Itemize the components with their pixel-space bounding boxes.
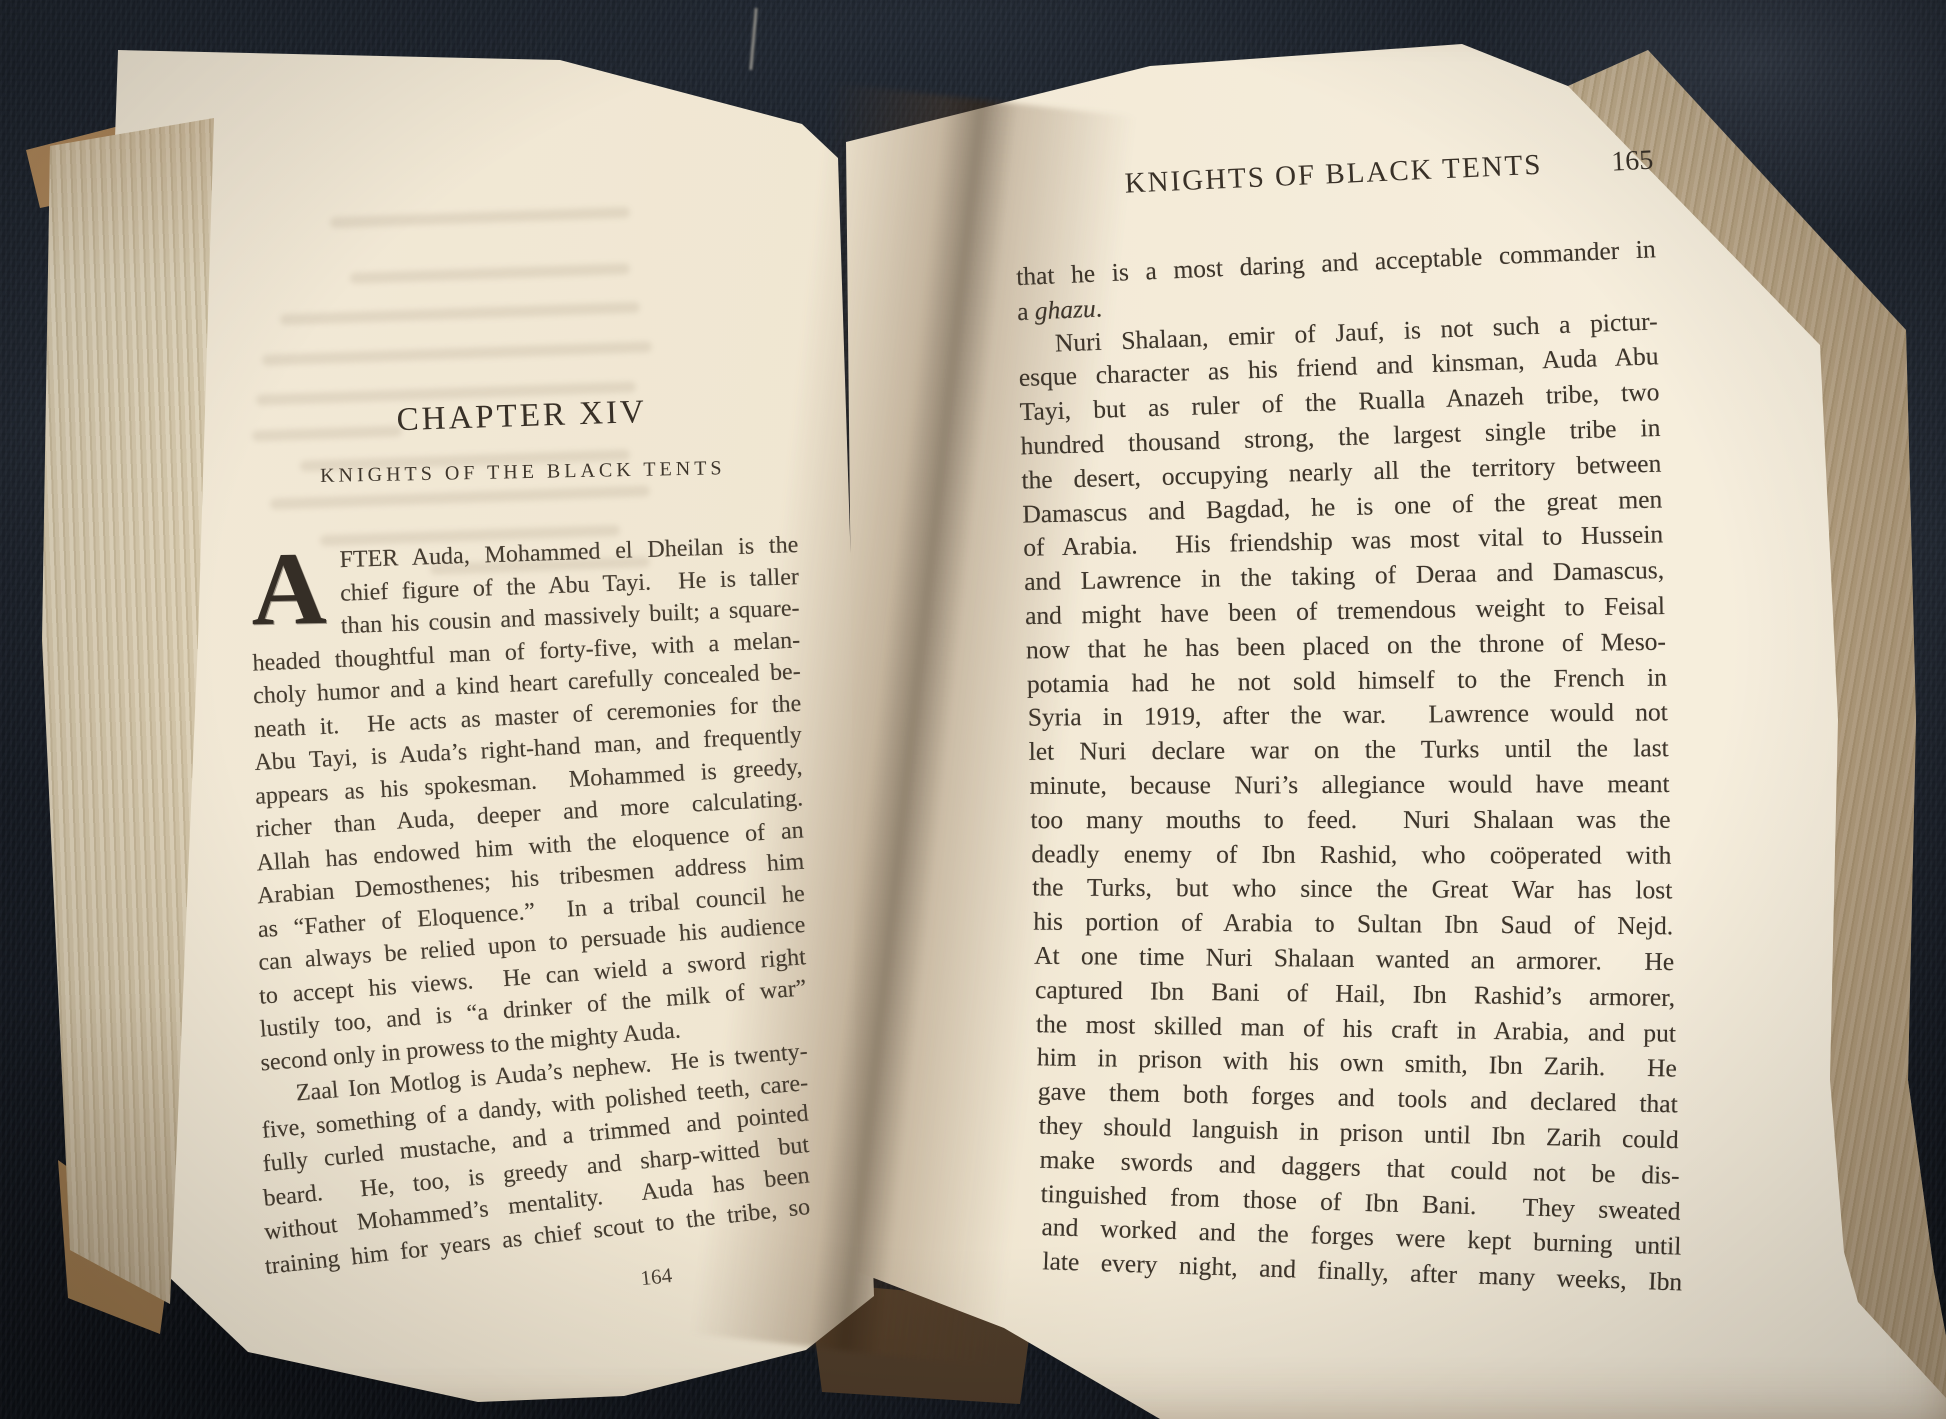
italic-word: ghazu (1034, 293, 1096, 325)
chapter-subtitle: KNIGHTS OF THE BLACK TENTS (249, 456, 797, 490)
body-line: too many mouths to feed. Nuri Shalaan wa… (1031, 803, 1671, 838)
left-page-text-column: CHAPTER XIV KNIGHTS OF THE BLACK TENTS A… (247, 393, 812, 1297)
body-line: minute, because Nuri’s allegiance would … (1030, 767, 1670, 804)
right-page-text-column: KNIGHTS OF BLACK TENTS 165 that he is a … (1013, 150, 1682, 1298)
book-photo: CHAPTER XIV KNIGHTS OF THE BLACK TENTS A… (0, 0, 1946, 1419)
body-line: the Turks, but who since the Great War h… (1032, 871, 1672, 909)
left-paragraph-1: FTER Auda, Mohammed el Dheilan is thechi… (250, 533, 808, 1063)
right-page-number: 165 (1611, 145, 1654, 179)
right-paragraph-main: Nuri Shalaan, emir of Jauf, is not such … (1017, 307, 1682, 1298)
left-paragraph-2: Zaal Ion Motlog is Auda’s nephew. He is … (260, 1053, 812, 1258)
body-line: Syria in 1919, after the war. Lawrence w… (1028, 696, 1668, 736)
body-line: his portion of Arabia to Sultan Ibn Saud… (1033, 905, 1673, 944)
body-line: deadly enemy of Ibn Rashid, who coöperat… (1031, 837, 1671, 873)
body-line: let Nuri declare war on the Turks until … (1029, 731, 1669, 769)
